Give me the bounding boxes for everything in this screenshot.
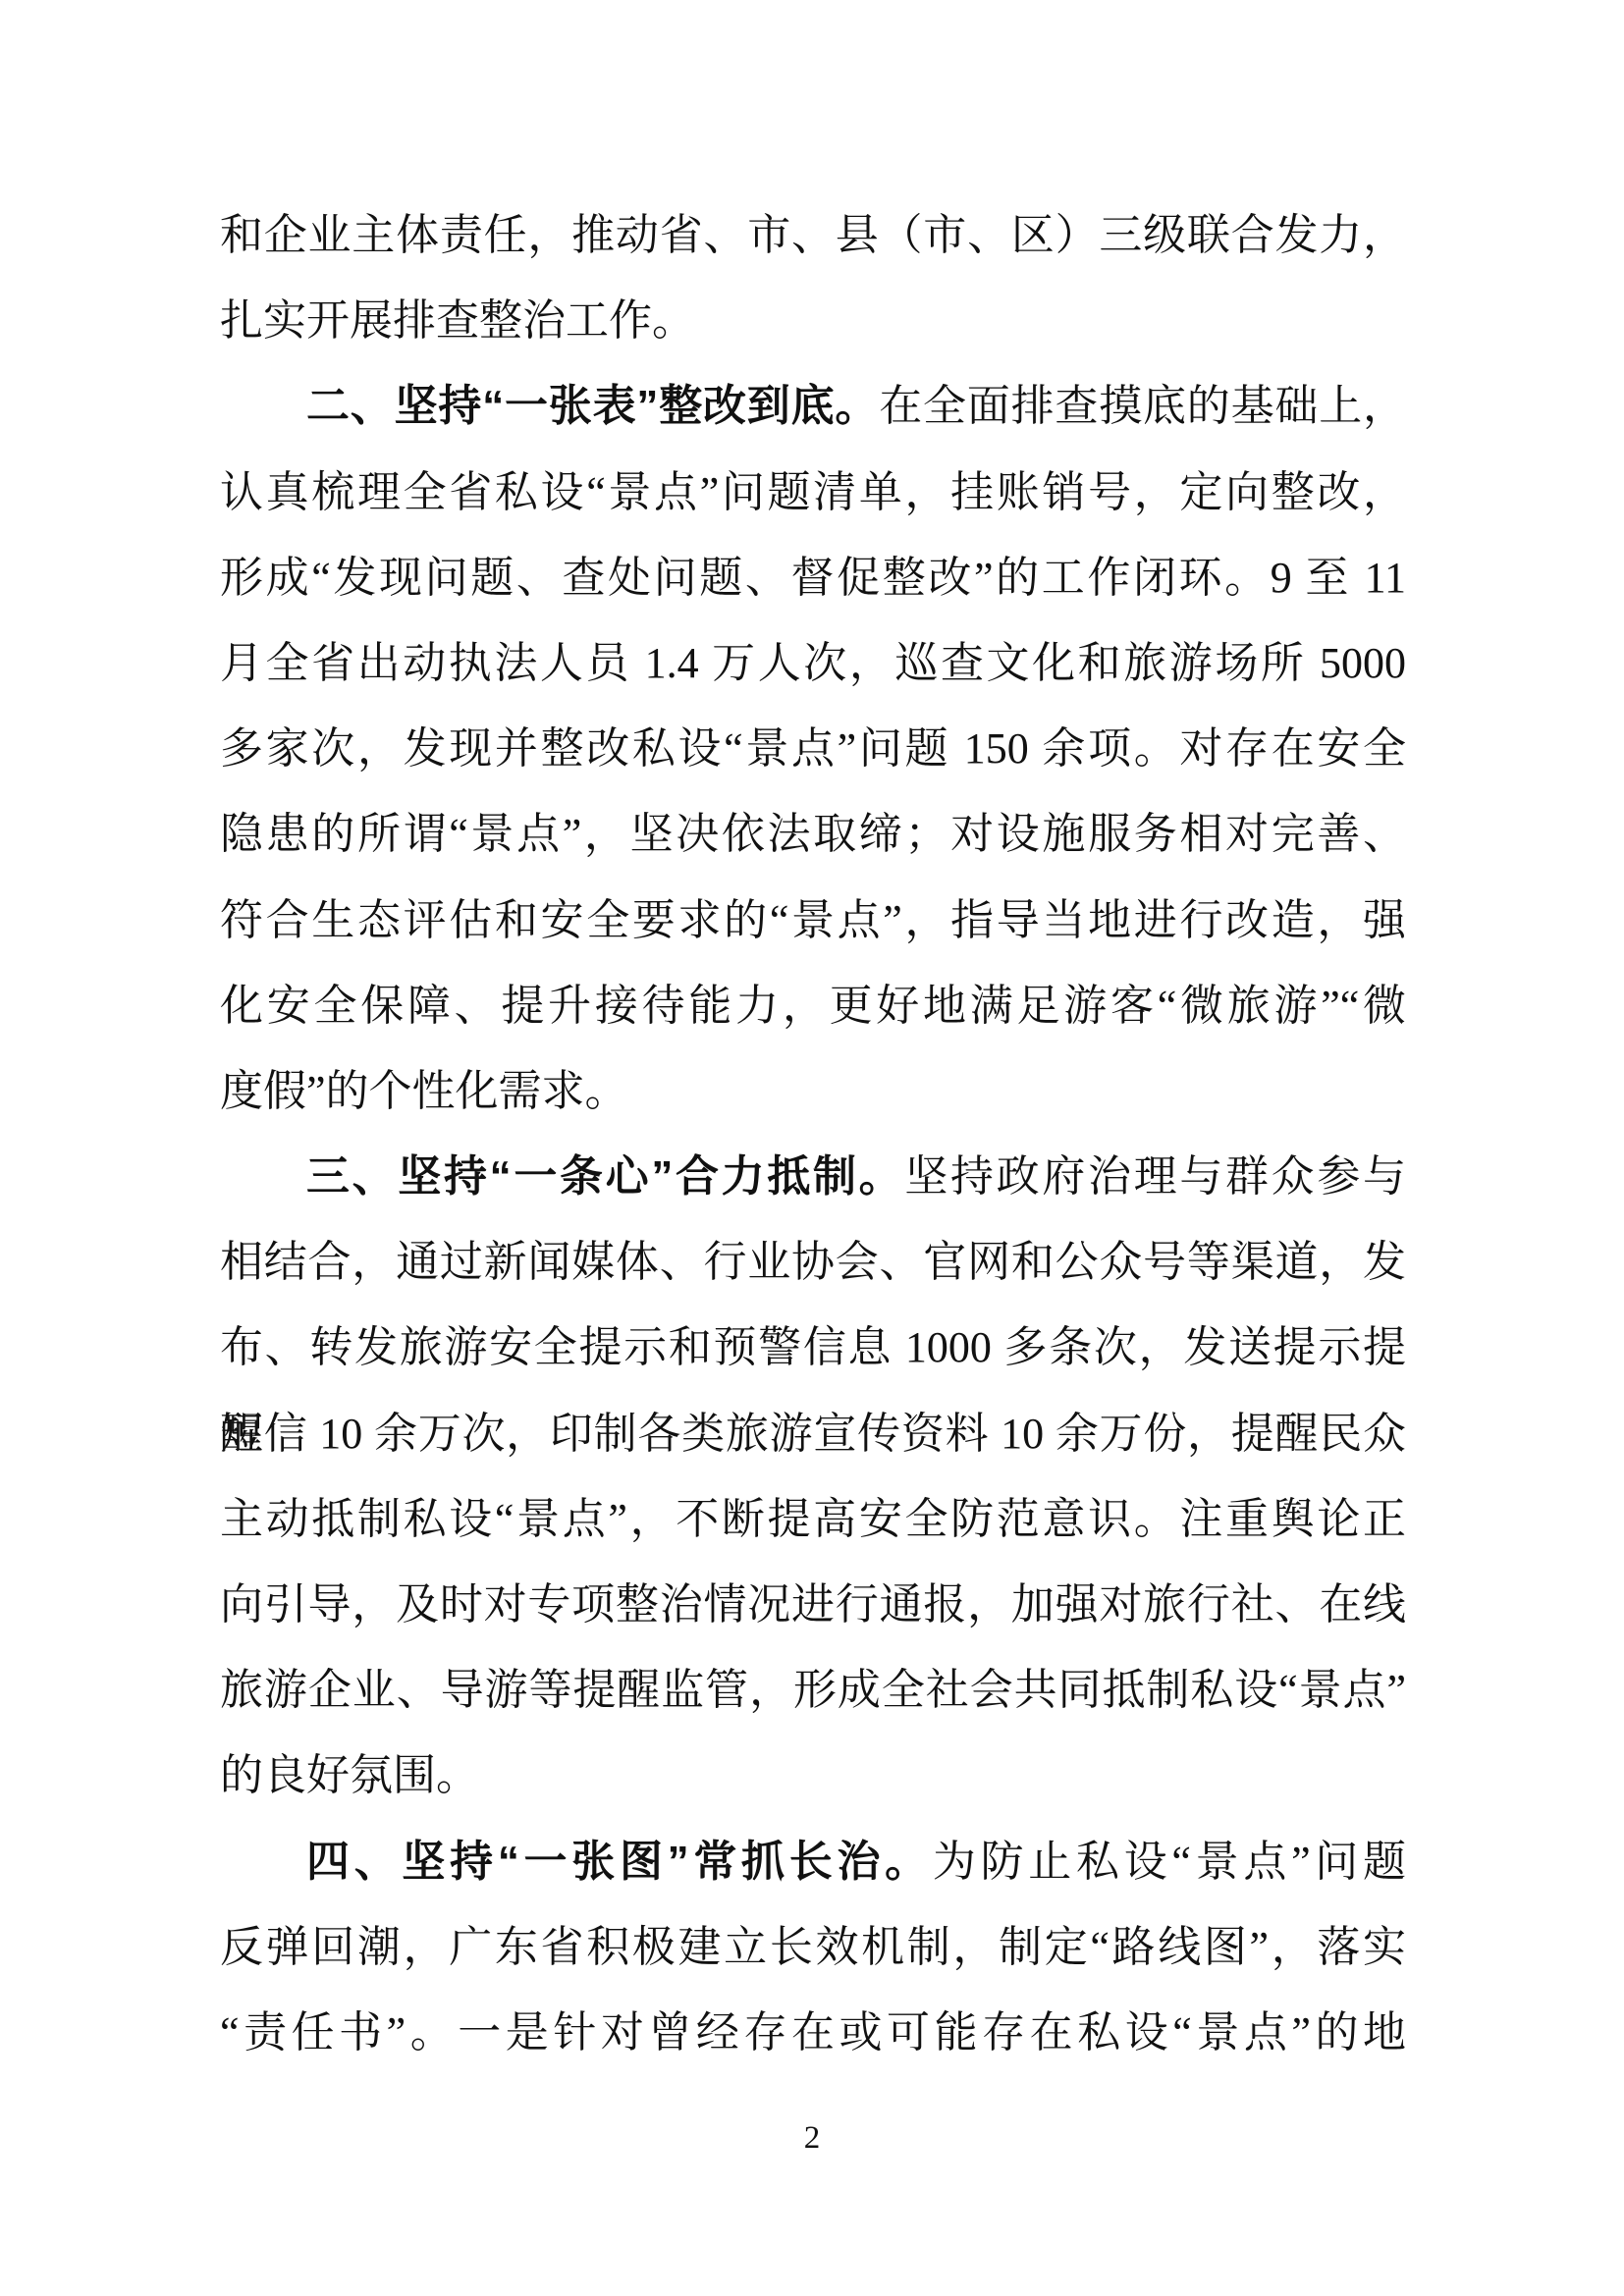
text-line: 三、坚持“一条心”合力抵制。坚持政府治理与群众参与 <box>220 1134 1406 1219</box>
body-text-run: 化安全保障、提升接待能力，更好地满足游客“微旅游”“微 <box>220 982 1406 1030</box>
body-text-run: 的良好氛围。 <box>220 1751 479 1799</box>
section-heading-text: 四、坚持“一张图”常抓长治。 <box>306 1838 933 1886</box>
text-line: 四、坚持“一张图”常抓长治。为防止私设“景点”问题 <box>220 1819 1406 1904</box>
page-number: 2 <box>0 2118 1624 2158</box>
text-line: 短信 10 余万次，印制各类旅游宣传资料 10 余万份，提醒民众 <box>220 1391 1406 1476</box>
text-line: 主动抵制私设“景点”，不断提高安全防范意识。注重舆论正 <box>220 1476 1406 1562</box>
body-text-run: 度假”的个性化需求。 <box>220 1067 628 1115</box>
body-text-run: 在全面排查摸底的基础上， <box>879 382 1406 430</box>
body-text-run: 反弹回潮，广东省积极建立长效机制，制定“路线图”，落实 <box>220 1923 1406 1971</box>
text-line: 符合生态评估和安全要求的“景点”，指导当地进行改造，强 <box>220 878 1406 963</box>
text-line: 隐患的所谓“景点”，坚决依法取缔；对设施服务相对完善、 <box>220 791 1406 877</box>
body-text-run: 扎实开展排查整治工作。 <box>220 296 695 345</box>
text-line: 认真梳理全省私设“景点”问题清单，挂账销号，定向整改， <box>220 450 1406 535</box>
text-line: 月全省出动执法人员 1.4 万人次，巡查文化和旅游场所 5000 <box>220 620 1406 706</box>
body-text-run: 为防止私设“景点”问题 <box>933 1838 1406 1886</box>
text-line: 旅游企业、导游等提醒监管，形成全社会共同抵制私设“景点” <box>220 1647 1406 1733</box>
body-text-run: 短信 10 余万次，印制各类旅游宣传资料 10 余万份，提醒民众 <box>220 1410 1406 1458</box>
text-line: 二、坚持“一张表”整改到底。在全面排查摸底的基础上， <box>220 363 1406 449</box>
text-line: 化安全保障、提升接待能力，更好地满足游客“微旅游”“微 <box>220 963 1406 1048</box>
text-line: 和企业主体责任，推动省、市、县（市、区）三级联合发力， <box>220 192 1406 278</box>
text-line: 形成“发现问题、查处问题、督促整改”的工作闭环。9 至 11 <box>220 535 1406 620</box>
body-text-run: 相结合，通过新闻媒体、行业协会、官网和公众号等渠道，发 <box>220 1238 1406 1286</box>
text-line: 度假”的个性化需求。 <box>220 1048 1406 1134</box>
body-text-run: 向引导，及时对专项整治情况进行通报，加强对旅行社、在线 <box>220 1580 1406 1629</box>
body-text-run: 坚持政府治理与群众参与 <box>904 1152 1406 1201</box>
body-text-run: 主动抵制私设“景点”，不断提高安全防范意识。注重舆论正 <box>220 1495 1406 1543</box>
body-text-run: 旅游企业、导游等提醒监管，形成全社会共同抵制私设“景点” <box>220 1666 1406 1714</box>
text-line: 的良好氛围。 <box>220 1733 1406 1818</box>
text-line: 相结合，通过新闻媒体、行业协会、官网和公众号等渠道，发 <box>220 1219 1406 1305</box>
body-text-run: 符合生态评估和安全要求的“景点”，指导当地进行改造，强 <box>220 896 1406 944</box>
text-line: 布、转发旅游安全提示和预警信息 1000 多条次，发送提示提醒 <box>220 1305 1406 1390</box>
body-text-run: 月全省出动执法人员 1.4 万人次，巡查文化和旅游场所 5000 <box>220 639 1406 687</box>
body-text-run: 形成“发现问题、查处问题、督促整改”的工作闭环。9 至 11 <box>220 554 1406 602</box>
body-text-run: “责任书”。一是针对曾经存在或可能存在私设“景点”的地 <box>220 2008 1406 2056</box>
body-text-run: 认真梳理全省私设“景点”问题清单，挂账销号，定向整改， <box>220 468 1406 516</box>
section-heading-text: 二、坚持“一张表”整改到底。 <box>306 382 879 430</box>
text-line: 多家次，发现并整改私设“景点”问题 150 余项。对存在安全 <box>220 706 1406 791</box>
body-text-run: 多家次，发现并整改私设“景点”问题 150 余项。对存在安全 <box>220 724 1406 773</box>
body-text-block: 和企业主体责任，推动省、市、县（市、区）三级联合发力，扎实开展排查整治工作。二、… <box>220 192 1406 2075</box>
document-page: 和企业主体责任，推动省、市、县（市、区）三级联合发力，扎实开展排查整治工作。二、… <box>0 0 1624 2296</box>
section-heading-text: 三、坚持“一条心”合力抵制。 <box>306 1152 904 1201</box>
text-line: 向引导，及时对专项整治情况进行通报，加强对旅行社、在线 <box>220 1562 1406 1647</box>
text-line: “责任书”。一是针对曾经存在或可能存在私设“景点”的地 <box>220 1990 1406 2075</box>
text-line: 扎实开展排查整治工作。 <box>220 278 1406 363</box>
body-text-run: 和企业主体责任，推动省、市、县（市、区）三级联合发力， <box>220 211 1406 259</box>
text-line: 反弹回潮，广东省积极建立长效机制，制定“路线图”，落实 <box>220 1904 1406 1990</box>
body-text-run: 隐患的所谓“景点”，坚决依法取缔；对设施服务相对完善、 <box>220 810 1406 858</box>
